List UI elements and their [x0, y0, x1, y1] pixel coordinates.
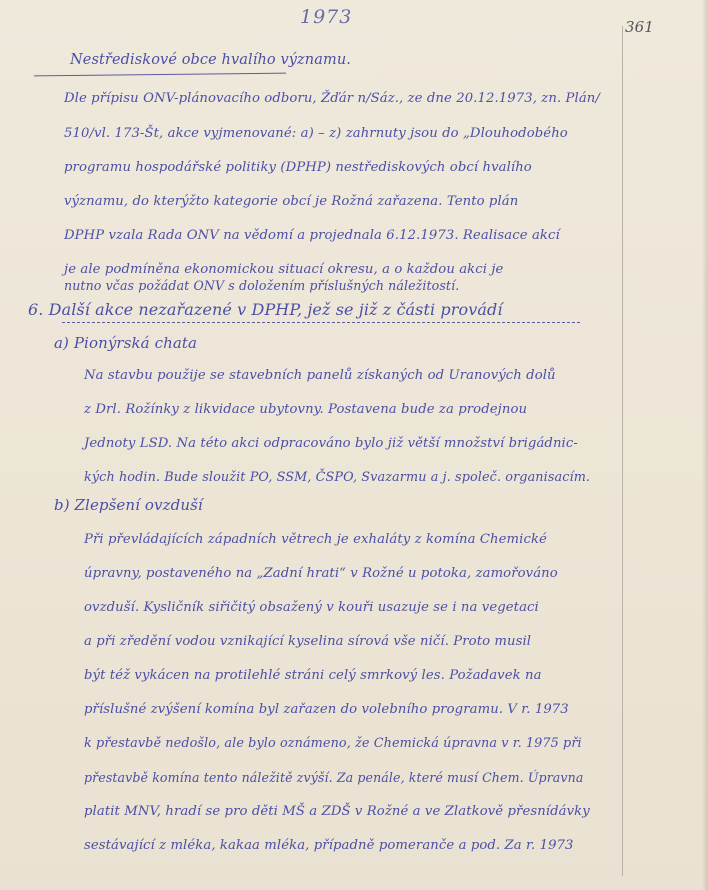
item-b-line: úpravny, postaveného na „Zadní hrati“ v …	[84, 566, 558, 581]
heading-underline	[34, 73, 286, 77]
item-b-line: Při převládajících západních větrech je …	[84, 532, 547, 547]
page-number: 361	[625, 18, 654, 36]
paragraph-line: DPHP vzala Rada ONV na vědomí a projedna…	[64, 228, 560, 243]
item-a-line: Jednoty LSD. Na této akci odpracováno by…	[84, 436, 578, 451]
item-a-line: kých hodin. Bude sloužit PO, SSM, ČSPO, …	[84, 470, 590, 485]
section-6-title: 6. Další akce nezařazené v DPHP, jež se …	[28, 300, 503, 319]
document-page: 1973 361 Nestřediskové obce hvalího význ…	[0, 0, 708, 890]
page-edge-shadow	[702, 0, 708, 890]
item-b-line: příslušné zvýšení komína byl zařazen do …	[84, 702, 569, 717]
item-b-line: být též vykácen na protilehlé stráni cel…	[84, 668, 542, 683]
paragraph-line: 510/vl. 173-Št, akce vyjmenované: a) – z…	[64, 126, 568, 141]
item-b-line: platit MNV, hradí se pro děti MŠ a ZDŠ v…	[84, 804, 590, 819]
item-b-line: k přestavbě nedošlo, ale bylo oznámeno, …	[84, 736, 582, 751]
item-b-line: sestávající z mléka, kakaa mléka, případ…	[84, 838, 574, 853]
paragraph-line: významu, do kterýžto kategorie obcí je R…	[64, 194, 518, 209]
item-b-line: přestavbě komína tento náležitě zvýší. Z…	[84, 770, 583, 785]
paragraph-line: Dle přípisu ONV-plánovacího odboru, Žďár…	[64, 91, 600, 106]
year-heading: 1973	[300, 6, 352, 28]
section-6-underline	[62, 322, 580, 323]
paragraph-line: je ale podmíněna ekonomickou situací okr…	[64, 262, 503, 277]
item-a-line: z Drl. Rožínky z likvidace ubytovny. Pos…	[84, 402, 527, 417]
section-heading: Nestřediskové obce hvalího významu.	[70, 52, 351, 68]
item-b-line: a při zředění vodou vznikající kyselina …	[84, 634, 531, 649]
item-a-label: a) Pionýrská chata	[54, 334, 197, 352]
item-b-label: b) Zlepšení ovzduší	[54, 496, 203, 514]
paragraph-line: programu hospodářské politiky (DPHP) nes…	[64, 160, 532, 175]
item-a-line: Na stavbu použije se stavebních panelů z…	[84, 368, 556, 383]
item-b-line: ovzduší. Kysličník siřičitý obsažený v k…	[84, 600, 539, 615]
margin-line	[622, 26, 623, 876]
paragraph-line: nutno včas požádat ONV s doložením přísl…	[64, 278, 459, 293]
